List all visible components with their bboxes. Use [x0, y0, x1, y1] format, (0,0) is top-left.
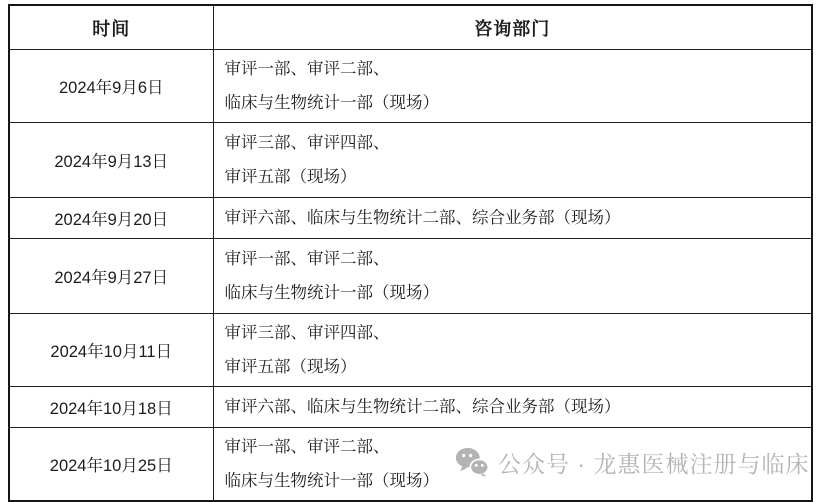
dept-line: 临床与生物统计一部（现场）	[225, 464, 806, 498]
table-row: 2024年10月18日 审评六部、临床与生物统计二部、综合业务部（现场）	[9, 387, 812, 428]
dept-line: 审评三部、审评四部、	[225, 126, 806, 160]
header-time: 时间	[9, 5, 213, 50]
table-row: 2024年10月11日 审评三部、审评四部、 审评五部（现场）	[9, 314, 812, 387]
consultation-schedule-table: 时间 咨询部门 2024年9月6日 审评一部、审评二部、 临床与生物统计一部（现…	[8, 4, 813, 502]
dept-line: 审评三部、审评四部、	[225, 316, 806, 350]
dept-line: 审评六部、临床与生物统计二部、综合业务部（现场）	[225, 201, 806, 235]
dept-cell: 审评三部、审评四部、 审评五部（现场）	[213, 123, 812, 198]
header-dept: 咨询部门	[213, 5, 812, 50]
date-cell: 2024年9月6日	[9, 50, 213, 123]
date-cell: 2024年10月25日	[9, 428, 213, 501]
table-row: 2024年10月25日 审评一部、审评二部、 临床与生物统计一部（现场）	[9, 428, 812, 501]
table-row: 2024年9月6日 审评一部、审评二部、 临床与生物统计一部（现场）	[9, 50, 812, 123]
date-cell: 2024年9月27日	[9, 239, 213, 314]
dept-line: 审评五部（现场）	[225, 350, 806, 384]
dept-cell: 审评三部、审评四部、 审评五部（现场）	[213, 314, 812, 387]
dept-cell: 审评一部、审评二部、 临床与生物统计一部（现场）	[213, 239, 812, 314]
dept-line: 临床与生物统计一部（现场）	[225, 86, 806, 120]
dept-line: 审评一部、审评二部、	[225, 242, 806, 276]
dept-cell: 审评六部、临床与生物统计二部、综合业务部（现场）	[213, 387, 812, 428]
dept-cell: 审评一部、审评二部、 临床与生物统计一部（现场）	[213, 50, 812, 123]
date-cell: 2024年9月20日	[9, 198, 213, 239]
date-cell: 2024年10月18日	[9, 387, 213, 428]
dept-cell: 审评六部、临床与生物统计二部、综合业务部（现场）	[213, 198, 812, 239]
dept-line: 审评六部、临床与生物统计二部、综合业务部（现场）	[225, 390, 806, 424]
dept-line: 临床与生物统计一部（现场）	[225, 276, 806, 310]
table-row: 2024年9月27日 审评一部、审评二部、 临床与生物统计一部（现场）	[9, 239, 812, 314]
dept-cell: 审评一部、审评二部、 临床与生物统计一部（现场）	[213, 428, 812, 501]
consultation-schedule-page: 时间 咨询部门 2024年9月6日 审评一部、审评二部、 临床与生物统计一部（现…	[0, 0, 819, 502]
date-cell: 2024年10月11日	[9, 314, 213, 387]
dept-line: 审评一部、审评二部、	[225, 430, 806, 464]
date-cell: 2024年9月13日	[9, 123, 213, 198]
table-row: 2024年9月20日 审评六部、临床与生物统计二部、综合业务部（现场）	[9, 198, 812, 239]
dept-line: 审评一部、审评二部、	[225, 52, 806, 86]
header-row: 时间 咨询部门	[9, 5, 812, 50]
table-row: 2024年9月13日 审评三部、审评四部、 审评五部（现场）	[9, 123, 812, 198]
dept-line: 审评五部（现场）	[225, 160, 806, 194]
